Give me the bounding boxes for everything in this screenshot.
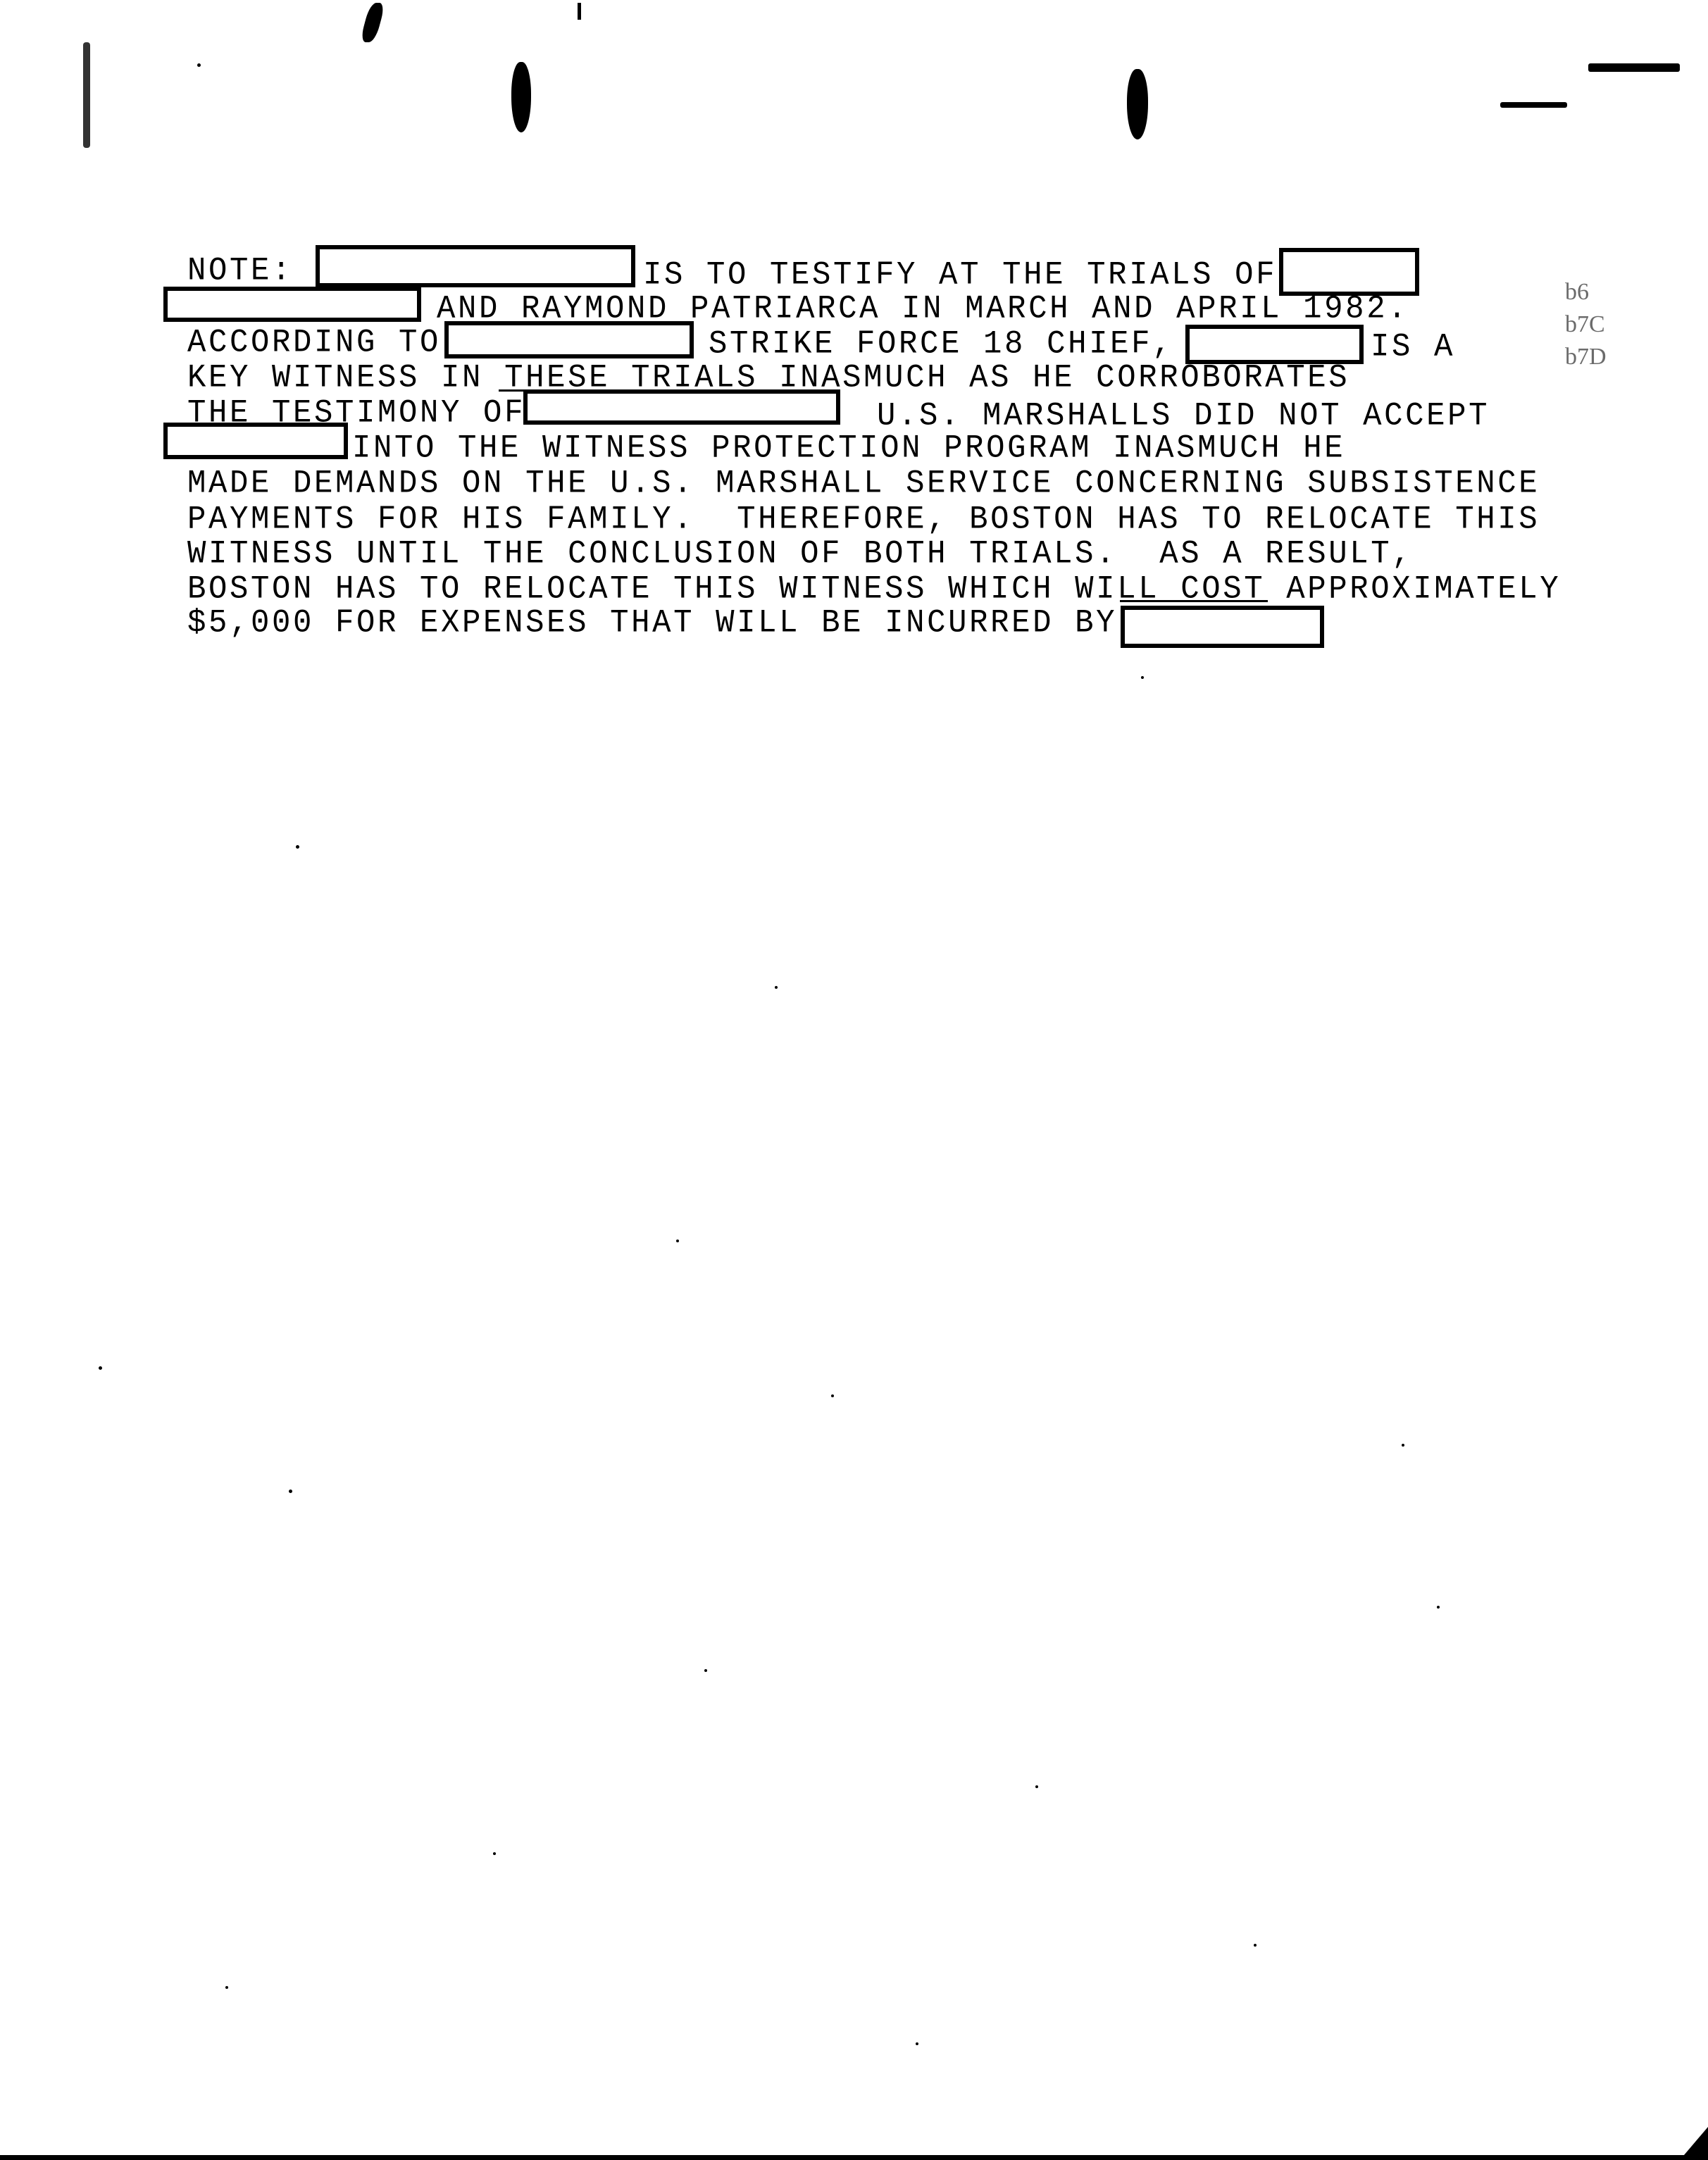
- speck: [1035, 1785, 1038, 1788]
- speck: [99, 1366, 102, 1370]
- text-line-11: $5,000 FOR EXPENSES THAT WILL BE INCURRE…: [187, 605, 1117, 642]
- speck: [831, 1394, 834, 1397]
- scan-mark-top: [578, 3, 581, 20]
- speck: [1254, 1944, 1257, 1947]
- exemption-code-b7c: b7C: [1565, 308, 1605, 341]
- redaction-box: [1121, 606, 1324, 648]
- text-line-5b: U.S. MARSHALLS DID NOT ACCEPT: [877, 398, 1490, 435]
- speck: [1437, 1606, 1440, 1609]
- speck: [493, 1852, 496, 1855]
- redaction-box: [163, 423, 348, 459]
- text-line-9: WITNESS UNTIL THE CONCLUSION OF BOTH TRI…: [187, 536, 1413, 573]
- text-line-6: INTO THE WITNESS PROTECTION PROGRAM INAS…: [352, 430, 1345, 468]
- punch-hole-left: [511, 62, 531, 132]
- redaction-box: [523, 389, 840, 425]
- scan-mark-top-left: [359, 3, 385, 42]
- scan-mark-left: [83, 42, 90, 148]
- text-line-8: PAYMENTS FOR HIS FAMILY. THEREFORE, BOST…: [187, 501, 1540, 539]
- bottom-edge: [0, 2155, 1708, 2160]
- speck: [225, 1986, 228, 1989]
- speck: [704, 1669, 707, 1672]
- text-line-10: BOSTON HAS TO RELOCATE THIS WITNESS WHIC…: [187, 571, 1561, 608]
- redaction-box: [1185, 325, 1364, 364]
- text-line-1a: NOTE:: [187, 253, 293, 290]
- speck: [197, 63, 201, 67]
- exemption-code-b6: b6: [1565, 276, 1589, 308]
- text-line-1b: IS TO TESTIFY AT THE TRIALS OF: [643, 257, 1277, 294]
- scan-mark-right-2: [1588, 63, 1680, 72]
- speck: [289, 1490, 292, 1493]
- text-line-3c: IS A: [1371, 329, 1455, 366]
- scan-mark-right-1: [1500, 102, 1567, 108]
- speck: [1402, 1444, 1404, 1447]
- document-page: NOTE: IS TO TESTIFY AT THE TRIALS OF AND…: [0, 0, 1708, 2160]
- speck: [1141, 676, 1144, 679]
- redaction-box: [163, 287, 421, 322]
- redaction-box: [444, 321, 694, 358]
- speck: [296, 845, 299, 849]
- text-line-7: MADE DEMANDS ON THE U.S. MARSHALL SERVIC…: [187, 466, 1540, 503]
- redaction-box: [316, 245, 635, 287]
- underline-mark: [1120, 600, 1268, 602]
- text-line-3a: ACCORDING TO: [187, 325, 441, 362]
- redaction-box: [1279, 248, 1419, 296]
- text-line-3b: STRIKE FORCE 18 CHIEF,: [709, 326, 1173, 363]
- exemption-code-b7d: b7D: [1565, 341, 1607, 373]
- speck: [676, 1240, 679, 1242]
- speck: [916, 2042, 918, 2045]
- punch-hole-right: [1127, 69, 1148, 139]
- speck: [775, 986, 778, 989]
